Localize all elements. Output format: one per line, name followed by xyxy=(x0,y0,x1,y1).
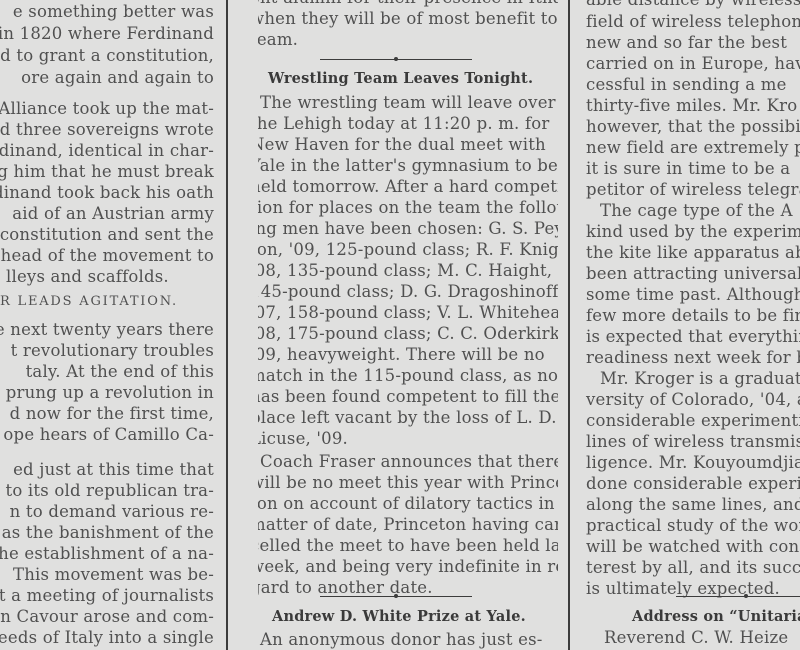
text-line: taly. At the end of this xyxy=(26,362,214,382)
text-line: considerable experimenting xyxy=(586,411,800,431)
text-line: place left vacant by the loss of L. D. xyxy=(258,408,557,428)
text-line: Reverend C. W. Heize xyxy=(604,628,788,648)
text-line: has been found competent to fill the xyxy=(258,387,558,407)
newspaper-page: e something better was s in 1820 where F… xyxy=(0,0,800,650)
text-line: d now for the first time, xyxy=(10,404,214,424)
text-line: thirty-five miles. Mr. Kro xyxy=(586,96,797,116)
column-rule xyxy=(226,0,228,650)
text-line: cessful in sending a me xyxy=(586,75,787,95)
text-line: aid of an Austrian army xyxy=(12,204,214,224)
text-line: ope hears of Camillo Ca- xyxy=(3,425,214,445)
text-line: to its old republican tra- xyxy=(6,481,215,501)
text-line: the kite like apparatus abov xyxy=(586,243,800,263)
text-line: tion for places on the team the follow- xyxy=(258,198,558,218)
text-line: eeds of Italy into a single xyxy=(0,628,214,648)
text-line: petitor of wireless telegrap xyxy=(586,180,800,200)
text-line: readiness next week for b xyxy=(586,348,800,368)
section-divider xyxy=(676,596,800,597)
text-line: lleys and scaffolds. xyxy=(6,267,169,287)
text-line: when they will be of most benefit to the xyxy=(258,9,558,29)
text-line: will be no meet this year with Prince- xyxy=(258,473,558,493)
text-line: kind used by the experim xyxy=(586,222,800,242)
text-line: Alliance took up the mat- xyxy=(0,99,214,119)
text-line: ed just at this time that xyxy=(13,460,214,480)
text-line: '08, 135-pound class; M. C. Haight, Sp., xyxy=(258,261,558,281)
text-line: e something better was xyxy=(13,2,214,22)
text-line: An anonymous donor has just es- xyxy=(260,630,543,650)
text-line: Mr. Kroger is a graduate xyxy=(600,369,800,389)
text-line: however, that the possibili xyxy=(586,117,800,137)
text-line: New Haven for the dual meet with xyxy=(258,135,546,155)
text-line: ing men have been chosen: G. S. Pey- xyxy=(258,219,558,239)
text-line: will be watched with con xyxy=(586,537,799,557)
text-line: nd three sovereigns wrote xyxy=(0,120,214,140)
text-line: head of the movement to xyxy=(1,246,214,266)
text-line: ton on account of dilatory tactics in th… xyxy=(258,494,558,514)
text-line: field of wireless telephony xyxy=(586,12,800,32)
text-line: ligence. Mr. Kouyoumdjia xyxy=(586,453,800,473)
text-line: This movement was be- xyxy=(13,565,214,585)
article-headline: Andrew D. White Prize at Yale. xyxy=(272,608,526,625)
text-line: rdinand, identical in char- xyxy=(0,141,214,161)
text-line: prung up a revolution in xyxy=(6,383,214,403)
text-line: The cage type of the A xyxy=(600,201,793,221)
text-line: as the banishment of the xyxy=(2,523,214,543)
text-line: is expected that everything xyxy=(586,327,800,347)
text-line: at a meeting of journalists xyxy=(0,586,214,606)
text-line: constitution and sent the xyxy=(0,225,214,245)
text-line: Yale in the latter's gymnasium to be xyxy=(258,156,558,176)
right-column: able distance by wireless tel field of w… xyxy=(568,0,800,650)
text-line: 145-pound class; D. G. Dragoshinoff, xyxy=(258,282,558,302)
article-headline: Wrestling Team Leaves Tonight. xyxy=(268,70,533,87)
text-line: ton, '09, 125-pound class; R. F. Knight, xyxy=(258,240,558,260)
text-line: team. xyxy=(258,30,298,50)
text-line: gard to another date. xyxy=(258,578,433,598)
left-column: e something better was s in 1820 where F… xyxy=(0,0,214,650)
text-line: new and so far the best xyxy=(586,33,787,53)
text-line: terest by all, and its succes xyxy=(586,558,800,578)
text-line: The wrestling team will leave over xyxy=(260,93,556,113)
text-line: few more details to be fin xyxy=(586,306,800,326)
text-line: match in the 115-pound class, as no one xyxy=(258,366,558,386)
text-line: held tomorrow. After a hard competi- xyxy=(258,177,558,197)
text-line: he establishment of a na- xyxy=(0,544,214,564)
text-line: e next twenty years there xyxy=(0,320,214,340)
text-line: Licuse, '09. xyxy=(258,429,348,449)
text-line: d to grant a constitution, xyxy=(0,46,214,66)
text-line: ore again and again to xyxy=(21,68,214,88)
subhead: R LEADS AGITATION. xyxy=(0,292,178,312)
text-line: Coach Fraser announces that there xyxy=(260,452,558,472)
text-line: been attracting universal a xyxy=(586,264,800,284)
text-line: along the same lines, and xyxy=(586,495,800,515)
text-line: week, and being very indefinite in re- xyxy=(258,557,558,577)
text-line: practical study of the work xyxy=(586,516,800,536)
text-line: ent alumni for their presence in Ithaca xyxy=(258,0,558,8)
text-line: it is sure in time to be a xyxy=(586,159,790,179)
text-line: the Lehigh today at 11:20 p. m. for xyxy=(258,114,549,134)
section-divider xyxy=(320,59,472,60)
text-line: s in 1820 where Ferdinand xyxy=(0,24,214,44)
text-line: matter of date, Princeton having can- xyxy=(258,515,558,535)
text-line: done considerable experim xyxy=(586,474,800,494)
text-line: versity of Colorado, '04, a xyxy=(586,390,800,410)
middle-column: ent alumni for their presence in Ithaca … xyxy=(258,0,558,650)
text-line: '07, 158-pound class; V. L. Whitehead, xyxy=(258,303,558,323)
article-headline: Address on “Unitaria xyxy=(632,608,800,625)
text-line: '08, 175-pound class; C. C. Oderkirk, xyxy=(258,324,558,344)
text-line: n to demand various re- xyxy=(10,502,214,522)
text-line: some time past. Although xyxy=(586,285,800,305)
section-divider xyxy=(320,596,472,597)
text-line: celled the meet to have been held last xyxy=(258,536,558,556)
text-line: lines of wireless transmiss xyxy=(586,432,800,452)
text-line: rdinand took back his oath xyxy=(0,183,214,203)
text-line: t revolutionary troubles xyxy=(11,341,214,361)
text-line: new field are extremely pro xyxy=(586,138,800,158)
text-line: g him that he must break xyxy=(0,162,214,182)
text-line: carried on in Europe, hav xyxy=(586,54,800,74)
text-line: en Cavour arose and com- xyxy=(0,607,214,627)
text-line: '09, heavyweight. There will be no xyxy=(258,345,545,365)
text-line: able distance by wireless tel xyxy=(586,0,800,10)
